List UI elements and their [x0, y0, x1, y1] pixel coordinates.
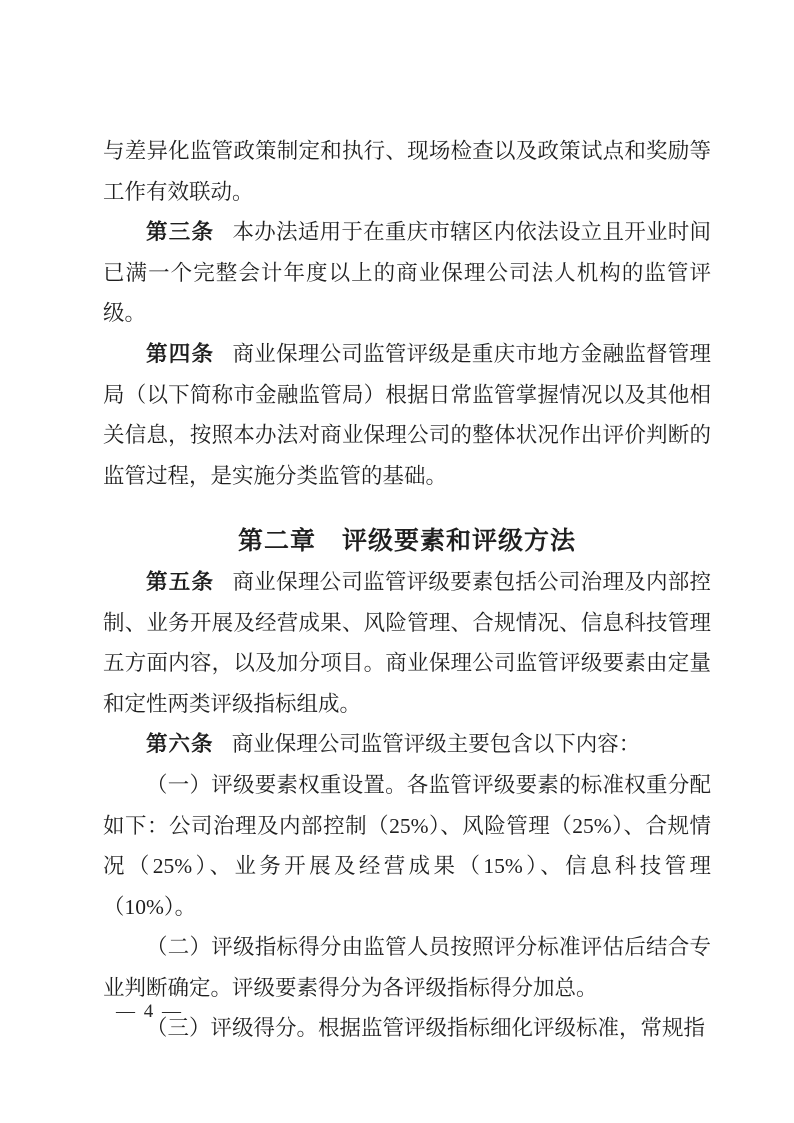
document-page: 与差异化监管政策制定和执行、现场检查以及政策试点和奖励等工作有效联动。 第三条本… [0, 0, 794, 1123]
article-3-label: 第三条 [146, 220, 214, 244]
paragraph-continuation: 与差异化监管政策制定和执行、现场检查以及政策试点和奖励等工作有效联动。 [103, 131, 711, 212]
paragraph-item-1: （一）评级要素权重设置。各监管评级要素的标准权重分配如下：公司治理及内部控制（2… [103, 765, 711, 927]
paragraph-article-6: 第六条商业保理公司监管评级主要包含以下内容： [103, 724, 711, 765]
article-6-text: 商业保理公司监管评级主要包含以下内容： [232, 732, 641, 756]
article-5-label: 第五条 [146, 570, 214, 594]
article-4-label: 第四条 [146, 342, 214, 366]
paragraph-item-2: （二）评级指标得分由监管人员按照评分标准评估后结合专业判断确定。评级要素得分为各… [103, 927, 711, 1008]
document-body: 与差异化监管政策制定和执行、现场检查以及政策试点和奖励等工作有效联动。 第三条本… [103, 131, 711, 1049]
paragraph-item-3: （三）评级得分。根据监管评级指标细化评级标准，常规指 [103, 1008, 711, 1049]
paragraph-article-4: 第四条商业保理公司监管评级是重庆市地方金融监督管理局（以下简称市金融监管局）根据… [103, 334, 711, 496]
page-number: — 4 — [116, 1001, 183, 1023]
paragraph-article-3: 第三条本办法适用于在重庆市辖区内依法设立且开业时间已满一个完整会计年度以上的商业… [103, 212, 711, 334]
chapter-2-heading: 第二章 评级要素和评级方法 [103, 521, 711, 562]
article-6-label: 第六条 [146, 732, 214, 756]
paragraph-article-5: 第五条商业保理公司监管评级要素包括公司治理及内部控制、业务开展及经营成果、风险管… [103, 562, 711, 724]
